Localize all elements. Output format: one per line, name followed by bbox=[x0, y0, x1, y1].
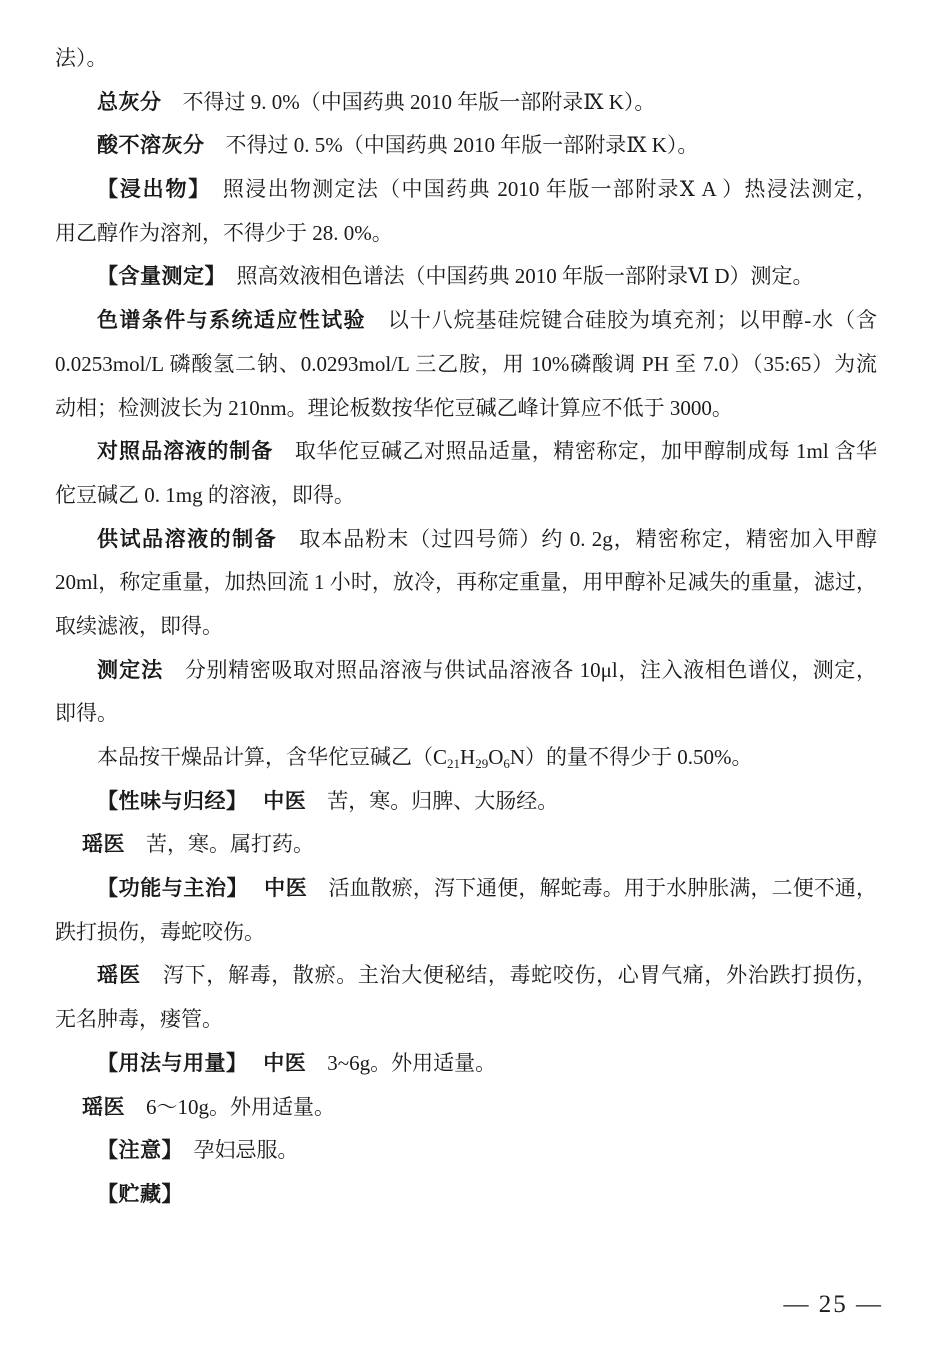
text-line: 【浸出物】 照浸出物测定法（中国药典 2010 年版一部附录Ⅹ A ）热浸法测定… bbox=[55, 168, 877, 212]
text-segment: 照高效液相色谱法（中国药典 2010 年版一部附录Ⅵ D）测定。 bbox=[216, 264, 814, 288]
text-line: 本品按干燥品计算，含华佗豆碱乙（C21H29O6N）的量不得少于 0.50%。 bbox=[55, 736, 877, 780]
text-segment: 本品按干燥品计算，含华佗豆碱乙（C bbox=[97, 745, 447, 769]
text-line: 瑶医 6～10g。外用适量。 bbox=[55, 1086, 877, 1130]
section-label: 酸不溶灰分 bbox=[97, 134, 205, 157]
text-segment: O bbox=[488, 745, 503, 769]
section-label: 测定法 bbox=[97, 659, 163, 682]
text-segment: 取本品粉末（过四号筛）约 0. 2g，精密称定，精密加入甲醇 bbox=[277, 527, 877, 551]
section-label: 【浸出物】 bbox=[97, 178, 201, 201]
section-label: 总灰分 bbox=[97, 91, 162, 114]
text-segment: 佗豆碱乙 0. 1mg 的溶液，即得。 bbox=[55, 483, 355, 507]
text-line: 0.0253mol/L 磷酸氢二钠、0.0293mol/L 三乙胺，用 10%磷… bbox=[55, 343, 877, 387]
section-label: 【含量测定】 bbox=[97, 265, 216, 288]
text-segment: N）的量不得少于 0.50%。 bbox=[510, 745, 753, 769]
text-line: 总灰分 不得过 9. 0%（中国药典 2010 年版一部附录Ⅸ K）。 bbox=[55, 81, 877, 125]
text-line: 【功能与主治】 中医 活血散瘀，泻下通便，解蛇毒。用于水肿胀满，二便不通， bbox=[55, 867, 877, 911]
text-line: 跌打损伤，毒蛇咬伤。 bbox=[55, 911, 877, 955]
text-segment: 分别精密吸取对照品溶液与供试品溶液各 10μl，注入液相色谱仪，测定， bbox=[163, 658, 877, 682]
text-segment: 6～10g。外用适量。 bbox=[125, 1095, 335, 1119]
section-label: 对照品溶液的制备 bbox=[97, 440, 273, 463]
text-segment: 0.0253mol/L 磷酸氢二钠、0.0293mol/L 三乙胺，用 10%磷… bbox=[55, 352, 877, 376]
text-segment: 动相；检测波长为 210nm。理论板数按华佗豆碱乙峰计算应不低于 3000。 bbox=[55, 396, 733, 420]
text-segment: 跌打损伤，毒蛇咬伤。 bbox=[55, 920, 265, 944]
text-line: 无名肿毒，瘘管。 bbox=[55, 998, 877, 1042]
section-label: 瑶医 bbox=[97, 964, 141, 987]
text-segment: 苦，寒。归脾、大肠经。 bbox=[306, 789, 558, 813]
section-label: 【注意】 bbox=[97, 1139, 173, 1162]
text-line: 测定法 分别精密吸取对照品溶液与供试品溶液各 10μl，注入液相色谱仪，测定， bbox=[55, 649, 877, 693]
section-label: 供试品溶液的制备 bbox=[97, 528, 277, 551]
text-line: 【注意】 孕妇忌服。 bbox=[55, 1129, 877, 1173]
text-line: 取续滤液，即得。 bbox=[55, 605, 877, 649]
text-segment: 20ml，称定重量，加热回流 1 小时，放冷，再称定重量，用甲醇补足减失的重量，… bbox=[55, 570, 877, 594]
section-label: 瑶医 bbox=[82, 1096, 125, 1119]
text-segment: 取续滤液，即得。 bbox=[55, 614, 223, 638]
text-segment: 活血散瘀，泻下通便，解蛇毒。用于水肿胀满，二便不通， bbox=[307, 876, 877, 900]
text-segment: 照浸出物测定法（中国药典 2010 年版一部附录Ⅹ A ）热浸法测定， bbox=[201, 177, 877, 201]
section-label: 中医 bbox=[264, 877, 307, 900]
text-line: 【贮藏】 bbox=[55, 1173, 877, 1217]
text-segment: 取华佗豆碱乙对照品适量，精密称定，加甲醇制成每 1ml 含华 bbox=[273, 439, 877, 463]
section-label: 【功能与主治】 bbox=[97, 877, 238, 900]
text-line: 对照品溶液的制备 取华佗豆碱乙对照品适量，精密称定，加甲醇制成每 1ml 含华 bbox=[55, 430, 877, 474]
text-segment: 以十八烷基硅烷键合硅胶为填充剂；以甲醇-水（含 bbox=[366, 308, 877, 332]
section-label: 【性味与归经】 bbox=[97, 790, 237, 813]
text-segment: 用乙醇作为溶剂，不得少于 28. 0%。 bbox=[55, 221, 393, 245]
text-segment: 泻下，解毒，散瘀。主治大便秘结，毒蛇咬伤，心胃气痛，外治跌打损伤， bbox=[141, 963, 877, 987]
section-label: 【用法与用量】 bbox=[97, 1052, 237, 1075]
text-line: 供试品溶液的制备 取本品粉末（过四号筛）约 0. 2g，精密称定，精密加入甲醇 bbox=[55, 518, 877, 562]
text-segment: H bbox=[460, 745, 475, 769]
text-line: 色谱条件与系统适应性试验 以十八烷基硅烷键合硅胶为填充剂；以甲醇-水（含 bbox=[55, 299, 877, 343]
text-line: 动相；检测波长为 210nm。理论板数按华佗豆碱乙峰计算应不低于 3000。 bbox=[55, 387, 877, 431]
text-segment: 不得过 0. 5%（中国药典 2010 年版一部附录Ⅸ K）。 bbox=[205, 133, 699, 157]
text-segment: 即得。 bbox=[55, 701, 118, 725]
text-line: 【用法与用量】 中医 3~6g。外用适量。 bbox=[55, 1042, 877, 1086]
text-line: 法）。 bbox=[55, 37, 877, 81]
text-segment: 不得过 9. 0%（中国药典 2010 年版一部附录Ⅸ K）。 bbox=[162, 90, 656, 114]
text-segment: 29 bbox=[475, 756, 488, 771]
text-line: 瑶医 苦，寒。属打药。 bbox=[55, 823, 877, 867]
section-label: 中医 bbox=[263, 1052, 306, 1075]
section-label: 【贮藏】 bbox=[97, 1183, 183, 1206]
text-line: 即得。 bbox=[55, 692, 877, 736]
text-segment bbox=[238, 876, 264, 900]
text-line: 20ml，称定重量，加热回流 1 小时，放冷，再称定重量，用甲醇补足减失的重量，… bbox=[55, 561, 877, 605]
text-line: 瑶医 泻下，解毒，散瘀。主治大便秘结，毒蛇咬伤，心胃气痛，外治跌打损伤， bbox=[55, 954, 877, 998]
text-segment: 无名肿毒，瘘管。 bbox=[55, 1007, 223, 1031]
text-segment bbox=[237, 1051, 263, 1075]
section-label: 色谱条件与系统适应性试验 bbox=[97, 309, 366, 332]
text-segment: 苦，寒。属打药。 bbox=[125, 832, 314, 856]
text-segment: 孕妇忌服。 bbox=[173, 1138, 299, 1162]
text-segment bbox=[237, 789, 263, 813]
text-segment: 法）。 bbox=[55, 46, 108, 70]
text-line: 【含量测定】 照高效液相色谱法（中国药典 2010 年版一部附录Ⅵ D）测定。 bbox=[55, 255, 877, 299]
text-line: 【性味与归经】 中医 苦，寒。归脾、大肠经。 bbox=[55, 780, 877, 824]
text-line: 佗豆碱乙 0. 1mg 的溶液，即得。 bbox=[55, 474, 877, 518]
section-label: 瑶医 bbox=[82, 833, 125, 856]
section-label: 中医 bbox=[263, 790, 306, 813]
text-segment: 3~6g。外用适量。 bbox=[306, 1051, 496, 1075]
page-number: — 25 — bbox=[784, 1291, 884, 1319]
text-line: 酸不溶灰分 不得过 0. 5%（中国药典 2010 年版一部附录Ⅸ K）。 bbox=[55, 124, 877, 168]
text-line: 用乙醇作为溶剂，不得少于 28. 0%。 bbox=[55, 212, 877, 256]
text-segment: 21 bbox=[447, 756, 460, 771]
document-body: 法）。总灰分 不得过 9. 0%（中国药典 2010 年版一部附录Ⅸ K）。酸不… bbox=[55, 37, 877, 1217]
document-page: 法）。总灰分 不得过 9. 0%（中国药典 2010 年版一部附录Ⅸ K）。酸不… bbox=[0, 0, 927, 1353]
